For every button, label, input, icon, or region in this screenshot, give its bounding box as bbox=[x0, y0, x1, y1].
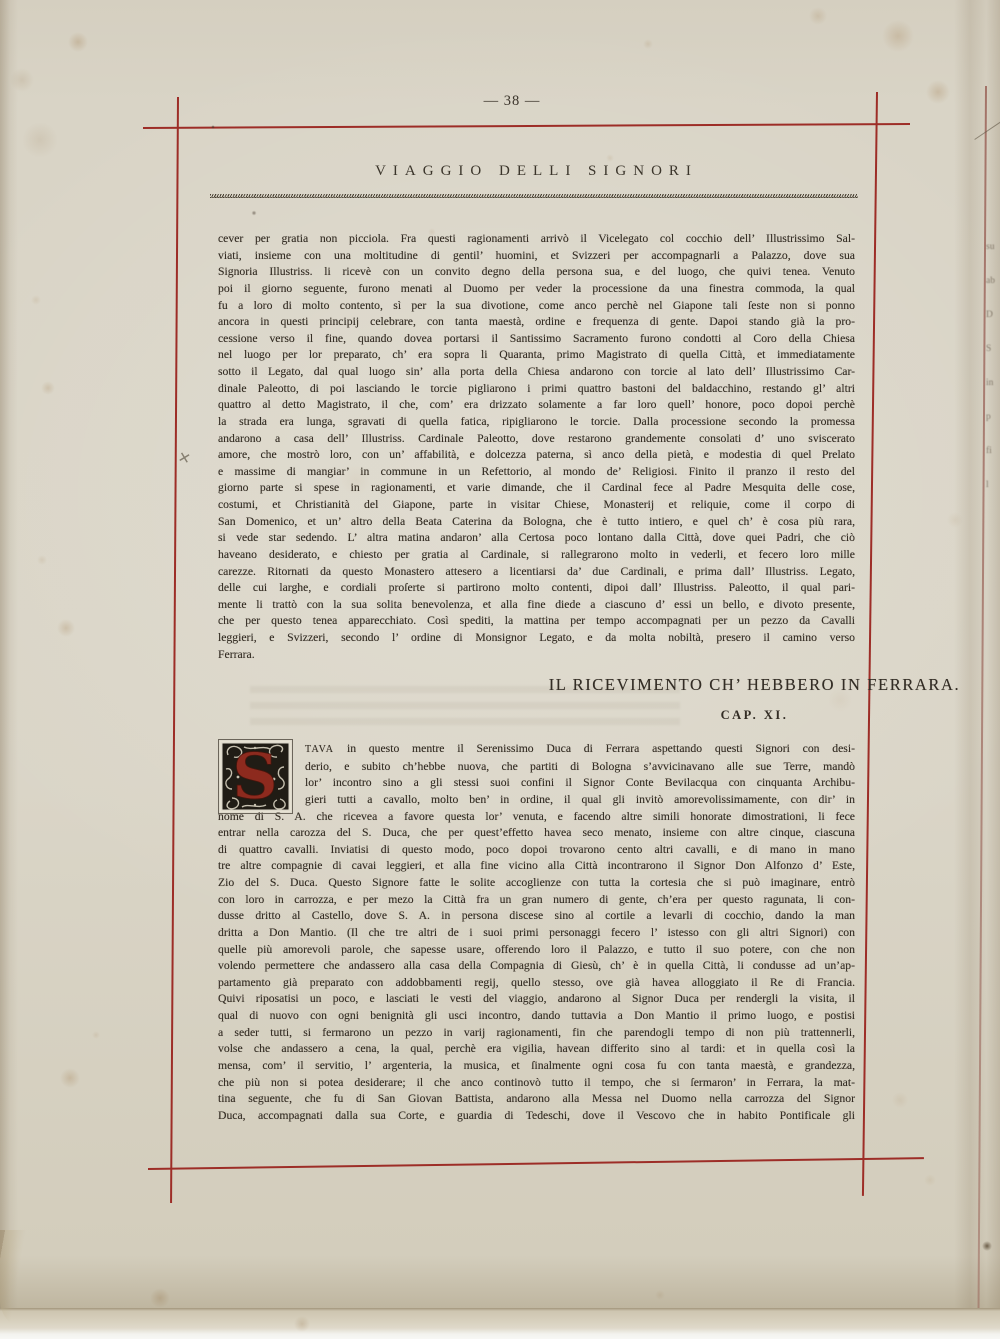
next-page-fore-edge bbox=[954, 0, 1000, 1308]
text-line: che per questo tenea apparecchiato. Così… bbox=[218, 613, 855, 630]
text-line: sotto il Legato, dal qual luogo sin’ all… bbox=[218, 364, 855, 381]
text-line: a seder tutti, si fermarono un pezzo in … bbox=[218, 1025, 855, 1042]
text-line: ab bbox=[986, 276, 1000, 286]
running-head: VIAGGIO DELLI SIGNORI bbox=[218, 163, 855, 180]
text-line: tina seguente, che fu di San Giovan Batt… bbox=[218, 1091, 855, 1108]
text-line: mente li trattò con la sua solita benevo… bbox=[218, 597, 855, 614]
text-line: qual di nuovo con ogni benignità gli usc… bbox=[218, 1008, 855, 1025]
text-line: gieri tutti a cavallo, molto ben’ in ord… bbox=[305, 792, 855, 809]
text-line: Ferrara. bbox=[218, 647, 855, 664]
text-line: amore, che mostrò loro, con un’ affabili… bbox=[218, 447, 855, 464]
text-line: derio, e subito ch’hebbe nuova, che part… bbox=[305, 759, 855, 776]
text-line: l bbox=[986, 480, 1000, 490]
text-line: nome di S. A. che ricevea a favore quest… bbox=[218, 809, 855, 826]
text-line: cever per gratia non picciola. Fra quest… bbox=[218, 231, 855, 248]
chapter-cap-label: CAP. XI. bbox=[436, 708, 1000, 723]
text-line: cessione verso il fine, quando dovea por… bbox=[218, 331, 855, 348]
text-line: quelle più amorevoli parole, che sapesse… bbox=[218, 942, 855, 959]
text-line: carezze. Ritornati da questo Monastero a… bbox=[218, 564, 855, 581]
lead-small-caps: TAVA bbox=[305, 744, 334, 755]
chapter-heading: IL RICEVIMENTO CH’ HEBBERO IN FERRARA. bbox=[436, 675, 1000, 695]
text-line: entrar nella carozza del S. Duca, che pe… bbox=[218, 825, 855, 842]
text-line: la strada era lunga, sgravati di quella … bbox=[218, 414, 855, 431]
text-line: D bbox=[986, 310, 1000, 320]
text-line: che più non si potea desiderare; il che … bbox=[218, 1075, 855, 1092]
paragraph-2-first-line: TAVA in questo mentre il Serenissimo Duc… bbox=[305, 741, 855, 759]
text-line: dusse dritto al Castello, dove S. A. in … bbox=[218, 908, 855, 925]
text-line: San Domenico, et un’ altro della Beata C… bbox=[218, 514, 855, 531]
text-line: volendo permettere che andassero alla ca… bbox=[218, 958, 855, 975]
paragraph-1-lines: cever per gratia non picciola. Fra quest… bbox=[218, 231, 855, 663]
text-line: leggieri, e Svizzeri, secondo l’ ordine … bbox=[218, 630, 855, 647]
text-line: haveano desiderato, e chiesto per gratia… bbox=[218, 547, 855, 564]
page-left-edge-shadow bbox=[0, 0, 18, 1308]
running-head-rule bbox=[210, 194, 858, 198]
text-line: poi il giorno seguente, furono menati al… bbox=[218, 281, 855, 298]
text-line: mensa, com’ il servitio, l’ argenteria, … bbox=[218, 1058, 855, 1075]
text-line: si vede star sedendo. L’ altra matina an… bbox=[218, 530, 855, 547]
page-stack-bottom-edge bbox=[0, 1308, 1000, 1339]
bleed-text-column: suabDSinpfil bbox=[986, 242, 1000, 490]
text-line: di quattro cavalli. Inviatisi di questo … bbox=[218, 842, 855, 859]
text-line: fi bbox=[986, 446, 1000, 456]
bottom-left-page-corner bbox=[0, 1230, 56, 1330]
text-line: giorno parte si spese in ragionamenti, e… bbox=[218, 480, 855, 497]
text-line: costumi, et Christianità del Giapone, pa… bbox=[218, 497, 855, 514]
text-line: in bbox=[986, 378, 1000, 388]
text-line: volse che andassero a cena, la qual, per… bbox=[218, 1041, 855, 1058]
text-line: quattro al detto Magistrato, il che, com… bbox=[218, 397, 855, 414]
text-line: dritta a Don Mantio. (Il che tre altri d… bbox=[218, 925, 855, 942]
drop-cap-letter: S bbox=[232, 739, 278, 813]
catchword: stava bbox=[436, 1116, 1000, 1129]
page-number: — 38 — bbox=[12, 93, 1000, 110]
drop-cap-frame: S bbox=[218, 739, 293, 814]
text-line: tre altre compagnie di cavai leggieri, e… bbox=[218, 858, 855, 875]
text-line: Zio del S. Duca. Questo Signore fatte le… bbox=[218, 875, 855, 892]
text-line: e massime di mangiar’ in commune in un R… bbox=[218, 464, 855, 481]
drop-cap-ornament: S bbox=[218, 739, 293, 814]
text-line: dinale Paleotto, di poi lasciando le tor… bbox=[218, 381, 855, 398]
body-paragraph-1: cever per gratia non picciola. Fra quest… bbox=[218, 231, 855, 663]
text-line: su bbox=[986, 242, 1000, 252]
text-line: partamento già preparato con addobbament… bbox=[218, 975, 855, 992]
text-line: S bbox=[986, 344, 1000, 354]
text-line: delle cui larghe, e cordiali proſerte si… bbox=[218, 580, 855, 597]
text-line: con loro in carrozza, e per mezo la Citt… bbox=[218, 892, 855, 909]
text-line: ancora in questi principij celebrare, co… bbox=[218, 314, 855, 331]
paragraph-2-lines: derio, e subito ch’hebbe nuova, che part… bbox=[218, 759, 855, 1125]
text-line: Quivi riposatisi un poco, e lasciati le … bbox=[218, 991, 855, 1008]
text-line: viati, insieme con una moltitudine di ge… bbox=[218, 248, 855, 265]
text-line: fu a loro di molto contento, sì per la s… bbox=[218, 298, 855, 315]
text-line: nel luogo per lor preparato, ch’ era sop… bbox=[218, 347, 855, 364]
first-line-text: in questo mentre il Serenissimo Duca di … bbox=[347, 742, 855, 755]
text-line: Signoria Illustriss. li ricevè con un co… bbox=[218, 264, 855, 281]
text-line: p bbox=[986, 412, 1000, 422]
text-line: andarono a casa dell’ Illustriss. Cardin… bbox=[218, 431, 855, 448]
body-paragraph-2: S TAVA in questo mentre il Serenissimo D… bbox=[218, 741, 855, 1124]
text-line: lor’ incontro sino a gli stessi suoi con… bbox=[305, 775, 855, 792]
